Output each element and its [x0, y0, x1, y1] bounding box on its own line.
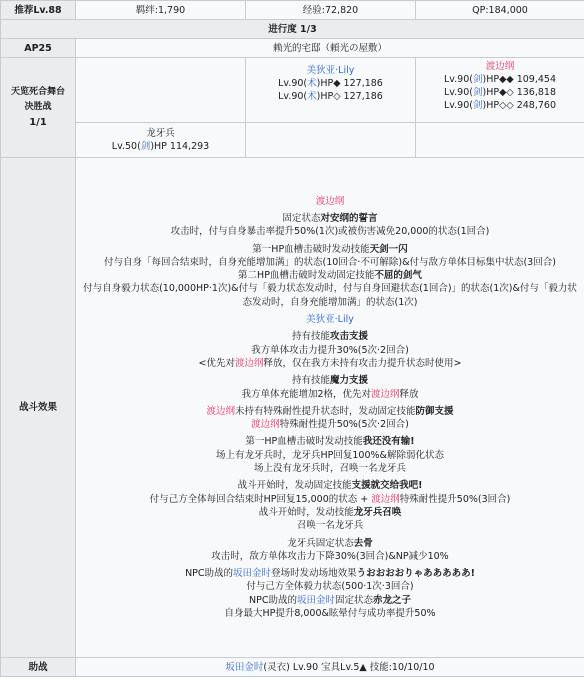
enemy-name: 龙牙兵: [80, 127, 241, 140]
enemy-hp-line: Lv.90(术)HP◆ 127,186: [250, 77, 411, 90]
battle-label: 天览死合舞台 决胜战 1/1: [1, 58, 76, 158]
enemy-hp-line: Lv.90(术)HP◇ 127,186: [250, 90, 411, 103]
class-link[interactable]: 术: [307, 91, 317, 102]
exp-value: 经验:72,820: [246, 1, 416, 20]
servant-link[interactable]: 坂田金时: [233, 568, 271, 579]
bond-value: 羁绊:1,790: [76, 1, 246, 20]
effects-label: 战斗效果: [1, 158, 76, 658]
effect-desc: 攻击时，付与自身暴击率提升50%(1次)或被伤害减免20,000的状态(1回合): [82, 225, 578, 238]
support-servant-link[interactable]: 坂田金时: [225, 662, 263, 673]
servant-link[interactable]: 渡边纲: [206, 406, 235, 417]
effect-note: <优先对渡边纲释放，仅在我方未持有攻击力提升状态时使用>: [82, 357, 578, 370]
effect-title: 持有技能魔力支援: [82, 374, 578, 387]
quest-table: 推荐Lv.88 羁绊:1,790 经验:72,820 QP:184,000 进行…: [0, 0, 584, 677]
servant-link[interactable]: 坂田金时: [297, 595, 335, 606]
effect-title: 第二HP血槽击破时发动固定技能不屈的剑气: [82, 269, 578, 282]
effect-desc: 攻击时，敌方单体攻击力下降30%(3回合)&NP减少10%: [82, 550, 578, 563]
servant-link[interactable]: 渡边纲: [371, 494, 400, 505]
header-row: 推荐Lv.88 羁绊:1,790 经验:72,820 QP:184,000: [1, 1, 584, 20]
effect-owner-watanabe[interactable]: 渡边纲: [82, 195, 578, 208]
servant-link[interactable]: 渡边纲: [235, 358, 264, 369]
effect-desc: 付与己方全体毅力状态(500·1次·3回合): [82, 580, 578, 593]
effect-desc: 自身最大HP提升8,000&眩晕付与成功率提升50%: [82, 607, 578, 620]
location-name: 赖光的宅邸（頼光の屋敷）: [76, 39, 584, 58]
enemy-name[interactable]: 渡边纲: [420, 60, 580, 73]
enemy-hp-line: Lv.50(剑)HP 114,293: [80, 140, 241, 153]
effect-desc: 场上没有龙牙兵时，召唤一名龙牙兵: [82, 462, 578, 475]
enemy-watanabe: 渡边纲 Lv.90(剑)HP◆◆ 109,454 Lv.90(剑)HP◆◇ 13…: [416, 58, 584, 123]
support-detail: (灵衣) Lv.90 宝具Lv.5▲ 技能:10/10/10: [263, 662, 434, 673]
effect-title: 战斗开始时，发动固定技能支援就交给我吧!: [82, 479, 578, 492]
servant-link[interactable]: 渡边纲: [251, 419, 280, 430]
effect-title: 第一HP血槽击破时发动技能我还没有输!: [82, 435, 578, 448]
effects-content: 渡边纲 固定状态对安纲的誓言 攻击时，付与自身暴击率提升50%(1次)或被伤害减…: [76, 158, 584, 658]
effect-title: 渡边纲未持有特殊耐性提升状态时，发动固定技能防御支援: [82, 405, 578, 418]
servant-link[interactable]: 渡边纲: [371, 389, 400, 400]
recommend-level: 推荐Lv.88: [1, 1, 76, 20]
effect-desc: 渡边纲特殊耐性提升50%(5次·2回合): [82, 418, 578, 431]
class-link[interactable]: 剑: [473, 87, 483, 98]
effect-desc: 付与己方全体每回合结束时HP回复15,000的状态 + 渡边纲特殊耐性提升50%…: [82, 493, 578, 506]
effect-owner-medea[interactable]: 美狄亚·Lily: [82, 313, 578, 326]
class-link[interactable]: 术: [307, 78, 317, 89]
effect-title: 持有技能攻击支援: [82, 330, 578, 343]
enemy-hp-line: Lv.90(剑)HP◇◇ 248,760: [420, 99, 580, 112]
enemy-hp-line: Lv.90(剑)HP◆◆ 109,454: [420, 73, 580, 86]
enemy-hp-line: Lv.90(剑)HP◆◇ 136,818: [420, 86, 580, 99]
effect-title: 第一HP血槽击破时发动技能天剑一闪: [82, 243, 578, 256]
enemy-dragon-tooth: 龙牙兵 Lv.50(剑)HP 114,293: [76, 123, 246, 158]
class-link[interactable]: 剑: [473, 100, 483, 111]
effect-desc: 付与自身毅力状态(10,000HP·1次)&付与「毅力状态发动时，付与自身回避状…: [82, 282, 578, 309]
effect-desc: 我方单体攻击力提升30%(5次·2回合): [82, 344, 578, 357]
effect-desc: 我方单体充能增加2格，优先对渡边纲释放: [82, 388, 578, 401]
effect-title: 固定状态对安纲的誓言: [82, 212, 578, 225]
enemy-name[interactable]: 美狄亚·Lily: [250, 64, 411, 77]
effect-desc: 付与自身「每回合结束时，自身充能增加满」的状态(10回合·不可解除)&付与敌方单…: [82, 256, 578, 269]
class-link[interactable]: 剑: [141, 141, 151, 152]
progress-label: 进行度 1/3: [1, 20, 584, 39]
support-servant: 坂田金时(灵衣) Lv.90 宝具Lv.5▲ 技能:10/10/10: [76, 658, 584, 677]
effect-title: 龙牙兵固定状态去骨: [82, 537, 578, 550]
effect-title: NPC助战的坂田金时登场时发动场地效果うおおおおりゃあああああ!: [82, 567, 578, 580]
enemy-medea-lily: 美狄亚·Lily Lv.90(术)HP◆ 127,186 Lv.90(术)HP◇…: [246, 58, 416, 123]
effect-desc: 召唤一名龙牙兵: [82, 519, 578, 532]
support-label: 助战: [1, 658, 76, 677]
qp-value: QP:184,000: [416, 1, 584, 20]
effect-title: NPC助战的坂田金时固定状态赤龙之子: [82, 594, 578, 607]
class-link[interactable]: 剑: [473, 74, 483, 85]
effect-desc: 场上有龙牙兵时，龙牙兵HP回复100%&解除弱化状态: [82, 449, 578, 462]
enemy-slot-empty: [416, 123, 584, 158]
ap-cost: AP25: [1, 39, 76, 58]
effect-title: 战斗开始时，发动技能龙牙兵召唤: [82, 506, 578, 519]
enemy-slot-empty: [76, 58, 246, 123]
enemy-slot-empty: [246, 123, 416, 158]
